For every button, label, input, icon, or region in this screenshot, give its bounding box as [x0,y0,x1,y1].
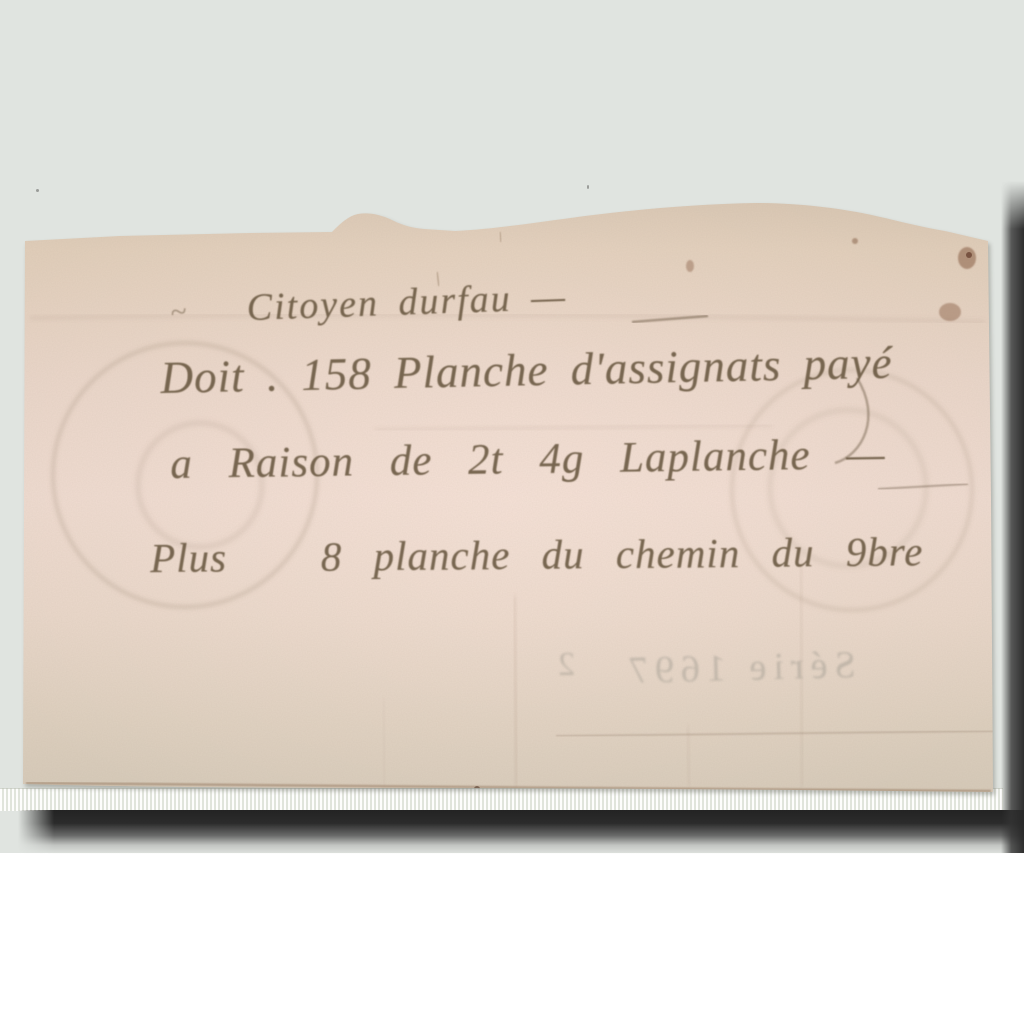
scan-photo: ~ Citoyen durfau — Doit . 158 Planche d'… [0,0,1024,853]
stain [852,238,858,244]
stain [939,303,961,321]
stain [474,786,480,792]
paper-fiber [500,232,501,242]
paper-sheet [0,0,1024,853]
handwriting-line-4: Plus 8 planche du chemin du 9bre [150,527,924,582]
stain [966,252,972,258]
handwriting-line-3: a Raison de 2t 4g Laplanche — [170,430,886,489]
stain [686,260,694,272]
showthrough-digit: 2 [558,646,575,684]
showthrough-serial: Série 1697 [621,643,856,693]
stain [958,247,976,269]
